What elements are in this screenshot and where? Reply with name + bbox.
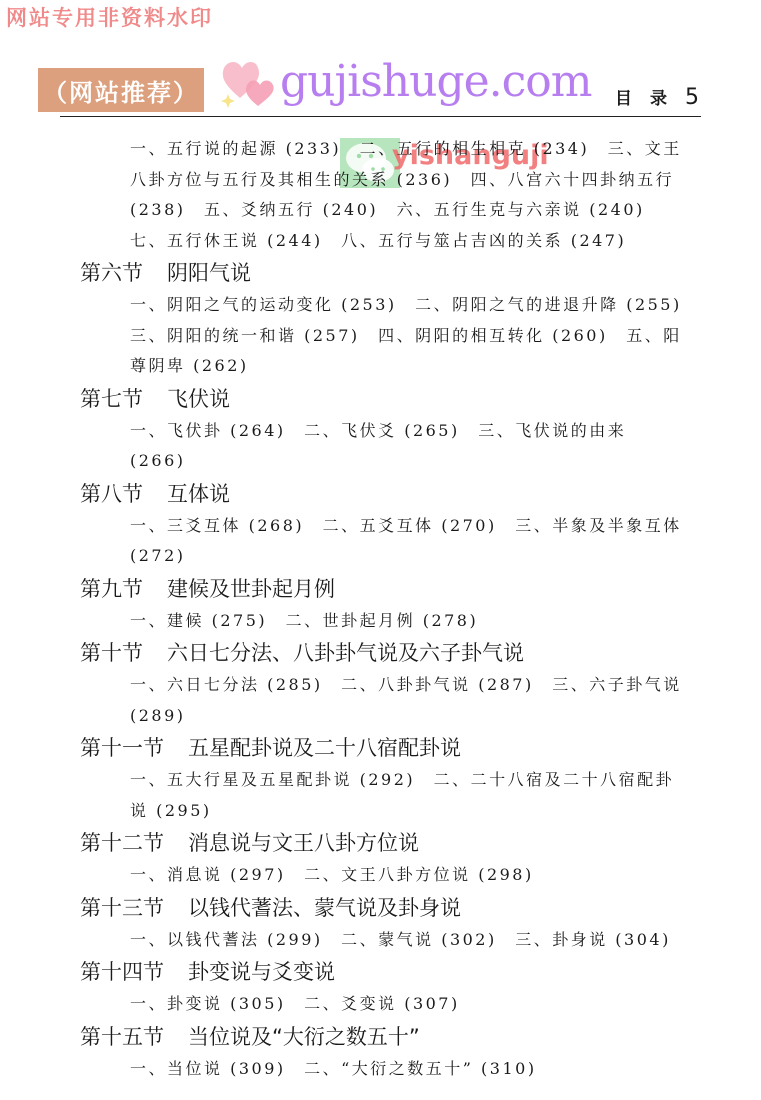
section-12: 第十二节消息说与文王八卦方位说 一、消息说 (297) 二、文王八卦方位说 (2… [80,826,700,891]
section-entries: 一、当位说 (309) 二、“大衍之数五十” (310) [130,1054,700,1085]
entry-line: 一、飞伏卦 (264) 二、飞伏爻 (265) 三、飞伏说的由来 [130,416,700,447]
section-heading: 第十五节当位说及“大衍之数五十” [80,1020,700,1054]
entry-line: 尊阴卑 (262) [130,351,700,382]
section-9: 第九节建候及世卦起月例 一、建候 (275) 二、世卦起月例 (278) [80,572,700,637]
section-15: 第十五节当位说及“大衍之数五十” 一、当位说 (309) 二、“大衍之数五十” … [80,1020,700,1085]
entry-line: 一、阴阳之气的运动变化 (253) 二、阴阳之气的进退升降 (255) [130,290,700,321]
section-entries: 一、飞伏卦 (264) 二、飞伏爻 (265) 三、飞伏说的由来 (266) [130,416,700,477]
section-entries: 一、卦变说 (305) 二、爻变说 (307) [130,989,700,1020]
watermark-top-text: 网站专用非资料水印 [6,2,213,32]
hearts-icon [218,54,278,114]
running-head-char-2: 录 [650,84,667,109]
entry-line: 一、五行说的起源 (233) 二、五行的相生相克 (234) 三、文王 [130,134,700,165]
section-entries: 一、以钱代蓍法 (299) 二、蒙气说 (302) 三、卦身说 (304) [130,925,700,956]
section-7: 第七节飞伏说 一、飞伏卦 (264) 二、飞伏爻 (265) 三、飞伏说的由来 … [80,382,700,477]
section-entries: 一、建候 (275) 二、世卦起月例 (278) [130,606,700,637]
section-heading: 第十四节卦变说与爻变说 [80,955,700,989]
entry-line: 七、五行休王说 (244) 八、五行与筮占吉凶的关系 (247) [130,226,700,257]
section-heading: 第六节阴阳气说 [80,256,700,290]
running-head: 目 录 5 [615,84,699,110]
section-heading: 第九节建候及世卦起月例 [80,572,700,606]
running-head-char-1: 目 [615,84,632,109]
section-entries: 一、三爻互体 (268) 二、五爻互体 (270) 三、半象及半象互体 (272… [130,511,700,572]
section-heading: 第十节六日七分法、八卦卦气说及六子卦气说 [80,636,700,670]
continued-entries: 一、五行说的起源 (233) 二、五行的相生相克 (234) 三、文王 八卦方位… [130,134,700,256]
section-6: 第六节阴阳气说 一、阴阳之气的运动变化 (253) 二、阴阳之气的进退升降 (2… [80,256,700,382]
section-10: 第十节六日七分法、八卦卦气说及六子卦气说 一、六日七分法 (285) 二、八卦卦… [80,636,700,731]
entry-line: 一、以钱代蓍法 (299) 二、蒙气说 (302) 三、卦身说 (304) [130,925,700,956]
section-heading: 第十一节五星配卦说及二十八宿配卦说 [80,731,700,765]
entry-line: (238) 五、爻纳五行 (240) 六、五行生克与六亲说 (240) [130,195,700,226]
entry-line: 一、建候 (275) 二、世卦起月例 (278) [130,606,700,637]
section-13: 第十三节以钱代蓍法、蒙气说及卦身说 一、以钱代蓍法 (299) 二、蒙气说 (3… [80,891,700,956]
section-heading: 第七节飞伏说 [80,382,700,416]
section-11: 第十一节五星配卦说及二十八宿配卦说 一、五大行星及五星配卦说 (292) 二、二… [80,731,700,826]
section-entries: 一、阴阳之气的运动变化 (253) 二、阴阳之气的进退升降 (255) 三、阴阳… [130,290,700,382]
entry-line: 一、当位说 (309) 二、“大衍之数五十” (310) [130,1054,700,1085]
entry-line: 一、六日七分法 (285) 二、八卦卦气说 (287) 三、六子卦气说 [130,670,700,701]
entry-line: 八卦方位与五行及其相生的关系 (236) 四、八宫六十四卦纳五行 [130,165,700,196]
table-of-contents: 一、五行说的起源 (233) 二、五行的相生相克 (234) 三、文王 八卦方位… [80,134,700,1084]
entry-line: 一、卦变说 (305) 二、爻变说 (307) [130,989,700,1020]
header-rule [60,116,701,117]
section-entries: 一、六日七分法 (285) 二、八卦卦气说 (287) 三、六子卦气说 (289… [130,670,700,731]
entry-line: 三、阴阳的统一和谐 (257) 四、阴阳的相互转化 (260) 五、阳 [130,321,700,352]
section-heading: 第十三节以钱代蓍法、蒙气说及卦身说 [80,891,700,925]
entry-line: (289) [130,701,700,732]
entry-line: 说 (295) [130,796,700,827]
entry-line: (266) [130,446,700,477]
section-entries: 一、五大行星及五星配卦说 (292) 二、二十八宿及二十八宿配卦 说 (295) [130,765,700,826]
watermark-site-name: gujishuge.com [280,56,592,107]
section-8: 第八节互体说 一、三爻互体 (268) 二、五爻互体 (270) 三、半象及半象… [80,477,700,572]
section-14: 第十四节卦变说与爻变说 一、卦变说 (305) 二、爻变说 (307) [80,955,700,1020]
section-heading: 第八节互体说 [80,477,700,511]
entry-line: (272) [130,541,700,572]
entry-line: 一、三爻互体 (268) 二、五爻互体 (270) 三、半象及半象互体 [130,511,700,542]
page-number: 5 [685,85,699,110]
watermark-recommend-badge: （网站推荐） [38,68,204,112]
section-heading: 第十二节消息说与文王八卦方位说 [80,826,700,860]
entry-line: 一、五大行星及五星配卦说 (292) 二、二十八宿及二十八宿配卦 [130,765,700,796]
section-entries: 一、消息说 (297) 二、文王八卦方位说 (298) [130,860,700,891]
entry-line: 一、消息说 (297) 二、文王八卦方位说 (298) [130,860,700,891]
